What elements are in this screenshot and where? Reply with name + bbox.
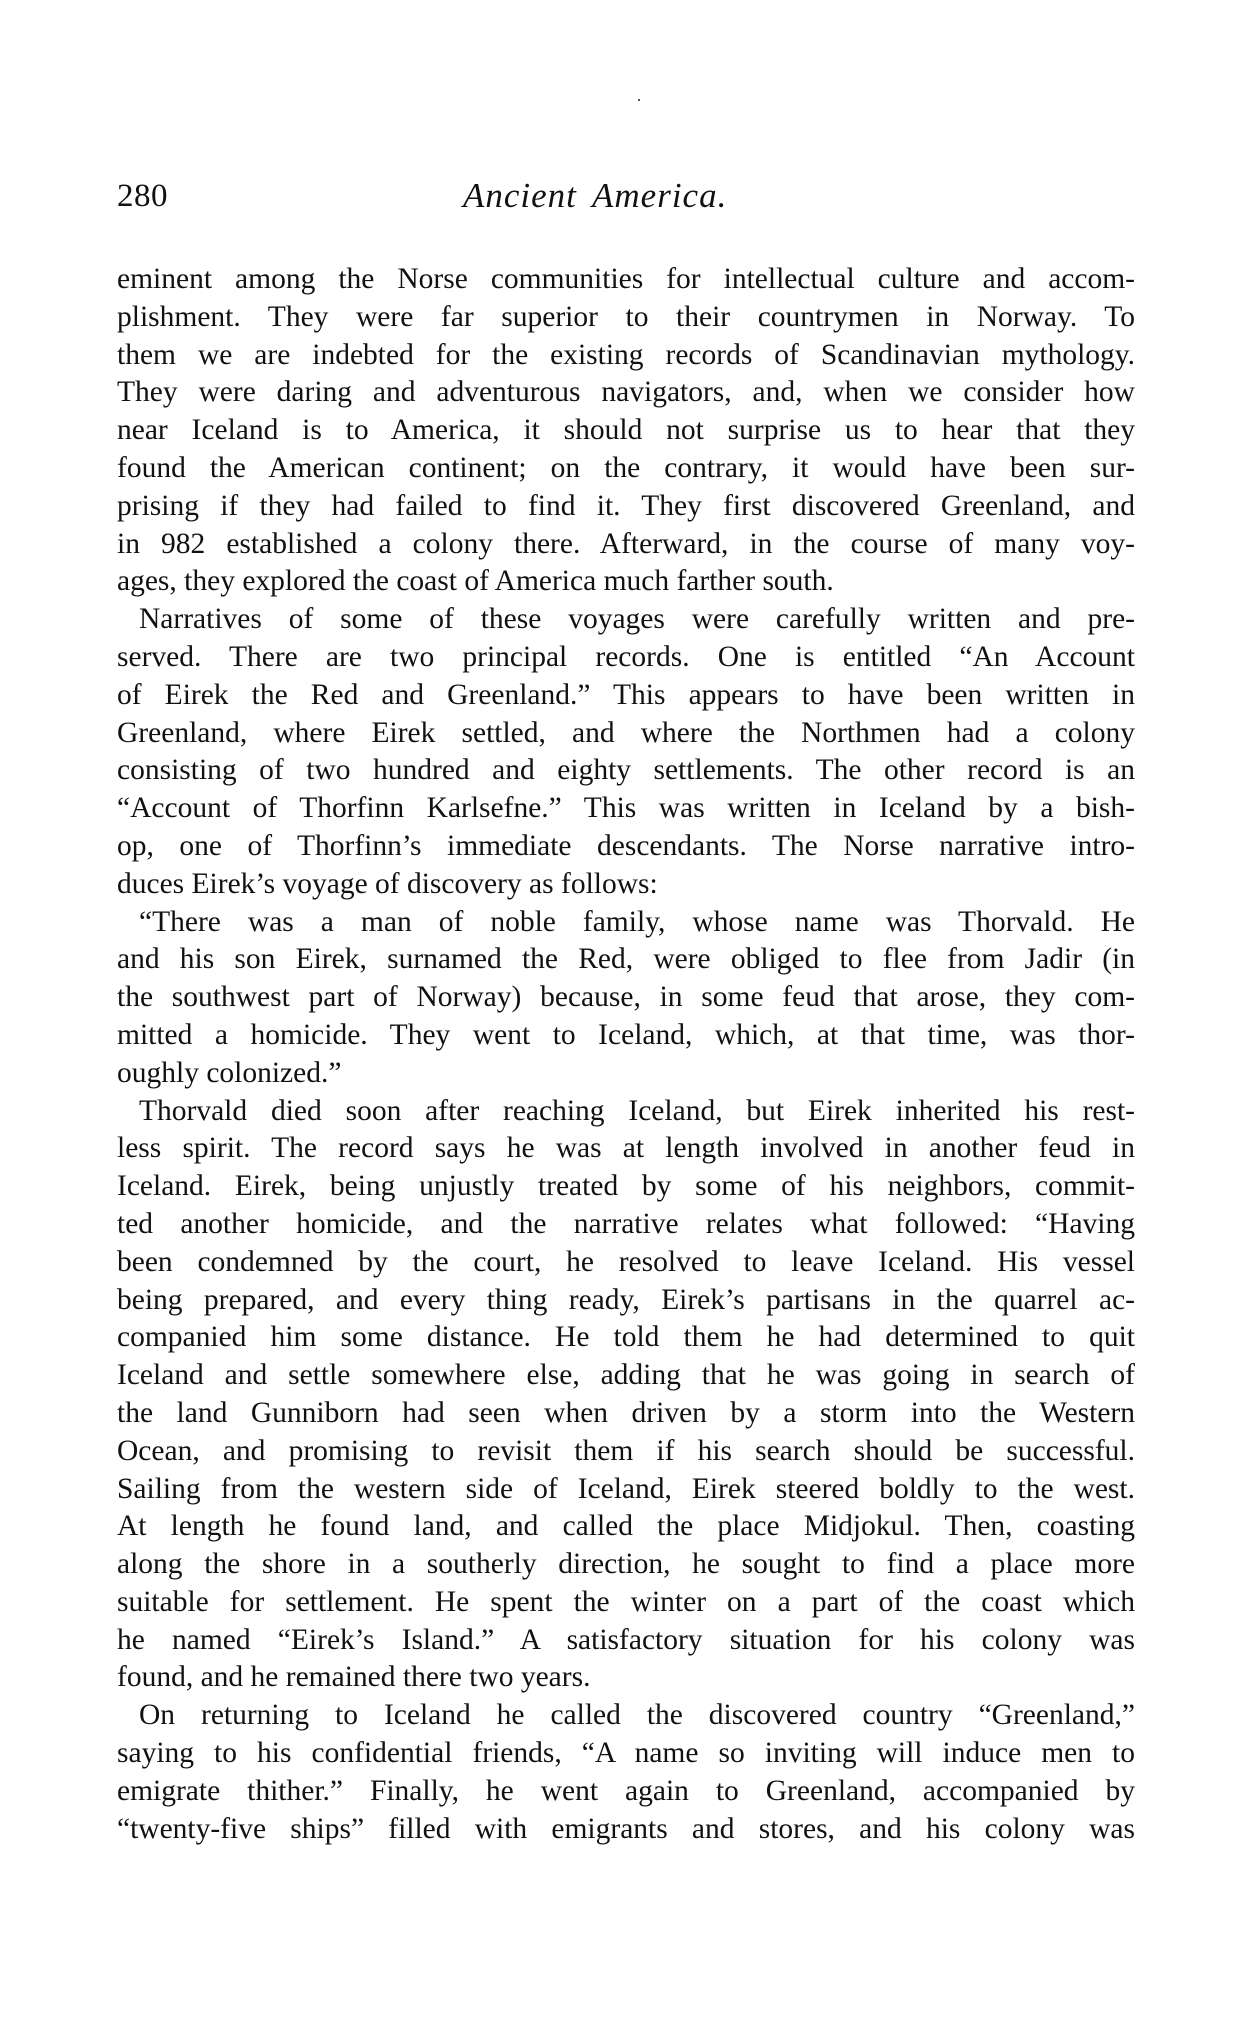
text-line: “twenty-five ships” filled with emigrant… bbox=[117, 1811, 1135, 1849]
text-line: and his son Eirek, surnamed the Red, wer… bbox=[117, 941, 1135, 979]
text-line: the southwest part of Norway) because, i… bbox=[117, 979, 1135, 1017]
text-line: They were daring and adventurous navigat… bbox=[117, 374, 1135, 412]
text-line: served. There are two principal records.… bbox=[117, 639, 1135, 677]
text-line: oughly colonized.” bbox=[117, 1055, 1135, 1093]
text-line: Thorvald died soon after reaching Icelan… bbox=[117, 1093, 1135, 1131]
text-line: them we are indebted for the existing re… bbox=[117, 337, 1135, 375]
text-line: On returning to Iceland he called the di… bbox=[117, 1697, 1135, 1735]
paragraph: On returning to Iceland he called the di… bbox=[117, 1697, 1135, 1848]
body-text: eminent among the Norse communities for … bbox=[117, 261, 1135, 1848]
text-line: ages, they explored the coast of America… bbox=[117, 563, 1135, 601]
text-line: suitable for settlement. He spent the wi… bbox=[117, 1584, 1135, 1622]
paragraph-quotation: “There was a man of noble family, whose … bbox=[117, 904, 1135, 1093]
scan-speck bbox=[638, 99, 640, 101]
text-line: less spirit. The record says he was at l… bbox=[117, 1130, 1135, 1168]
text-line: prising if they had failed to find it. T… bbox=[117, 488, 1135, 526]
text-line: At length he found land, and called the … bbox=[117, 1508, 1135, 1546]
text-line: “There was a man of noble family, whose … bbox=[117, 904, 1135, 942]
running-title: Ancient America. bbox=[463, 176, 727, 216]
text-line: Iceland and settle somewhere else, addin… bbox=[117, 1357, 1135, 1395]
running-head: 280 Ancient America. bbox=[117, 176, 1135, 216]
text-line: companied him some distance. He told the… bbox=[117, 1319, 1135, 1357]
text-line: Sailing from the western side of Iceland… bbox=[117, 1471, 1135, 1509]
paragraph: Narratives of some of these voyages were… bbox=[117, 601, 1135, 903]
text-line: been condemned by the court, he resolved… bbox=[117, 1244, 1135, 1282]
text-line: Narratives of some of these voyages were… bbox=[117, 601, 1135, 639]
text-line: in 982 established a colony there. After… bbox=[117, 526, 1135, 564]
text-line: duces Eirek’s voyage of discovery as fol… bbox=[117, 866, 1135, 904]
text-line: plishment. They were far superior to the… bbox=[117, 299, 1135, 337]
text-line: emigrate thither.” Finally, he went agai… bbox=[117, 1773, 1135, 1811]
text-line: being prepared, and every thing ready, E… bbox=[117, 1282, 1135, 1320]
text-line: he named “Eirek’s Island.” A satisfactor… bbox=[117, 1622, 1135, 1660]
text-line: eminent among the Norse communities for … bbox=[117, 261, 1135, 299]
text-line: “Account of Thorfinn Karlsefne.” This wa… bbox=[117, 790, 1135, 828]
text-line: near Iceland is to America, it should no… bbox=[117, 412, 1135, 450]
text-line: op, one of Thorfinn’s immediate descenda… bbox=[117, 828, 1135, 866]
text-line: consisting of two hundred and eighty set… bbox=[117, 752, 1135, 790]
page-number: 280 bbox=[117, 176, 168, 216]
text-line: found the American continent; on the con… bbox=[117, 450, 1135, 488]
text-line: saying to his confidential friends, “A n… bbox=[117, 1735, 1135, 1773]
text-line: of Eirek the Red and Greenland.” This ap… bbox=[117, 677, 1135, 715]
text-line: ted another homicide, and the narrative … bbox=[117, 1206, 1135, 1244]
text-line: Ocean, and promising to revisit them if … bbox=[117, 1433, 1135, 1471]
text-line: the land Gunniborn had seen when driven … bbox=[117, 1395, 1135, 1433]
text-line: Iceland. Eirek, being unjustly treated b… bbox=[117, 1168, 1135, 1206]
text-line: along the shore in a southerly direction… bbox=[117, 1546, 1135, 1584]
paragraph: Thorvald died soon after reaching Icelan… bbox=[117, 1093, 1135, 1698]
text-line: Greenland, where Eirek settled, and wher… bbox=[117, 715, 1135, 753]
paragraph: eminent among the Norse communities for … bbox=[117, 261, 1135, 601]
text-line: found, and he remained there two years. bbox=[117, 1659, 1135, 1697]
text-line: mitted a homicide. They went to Iceland,… bbox=[117, 1017, 1135, 1055]
